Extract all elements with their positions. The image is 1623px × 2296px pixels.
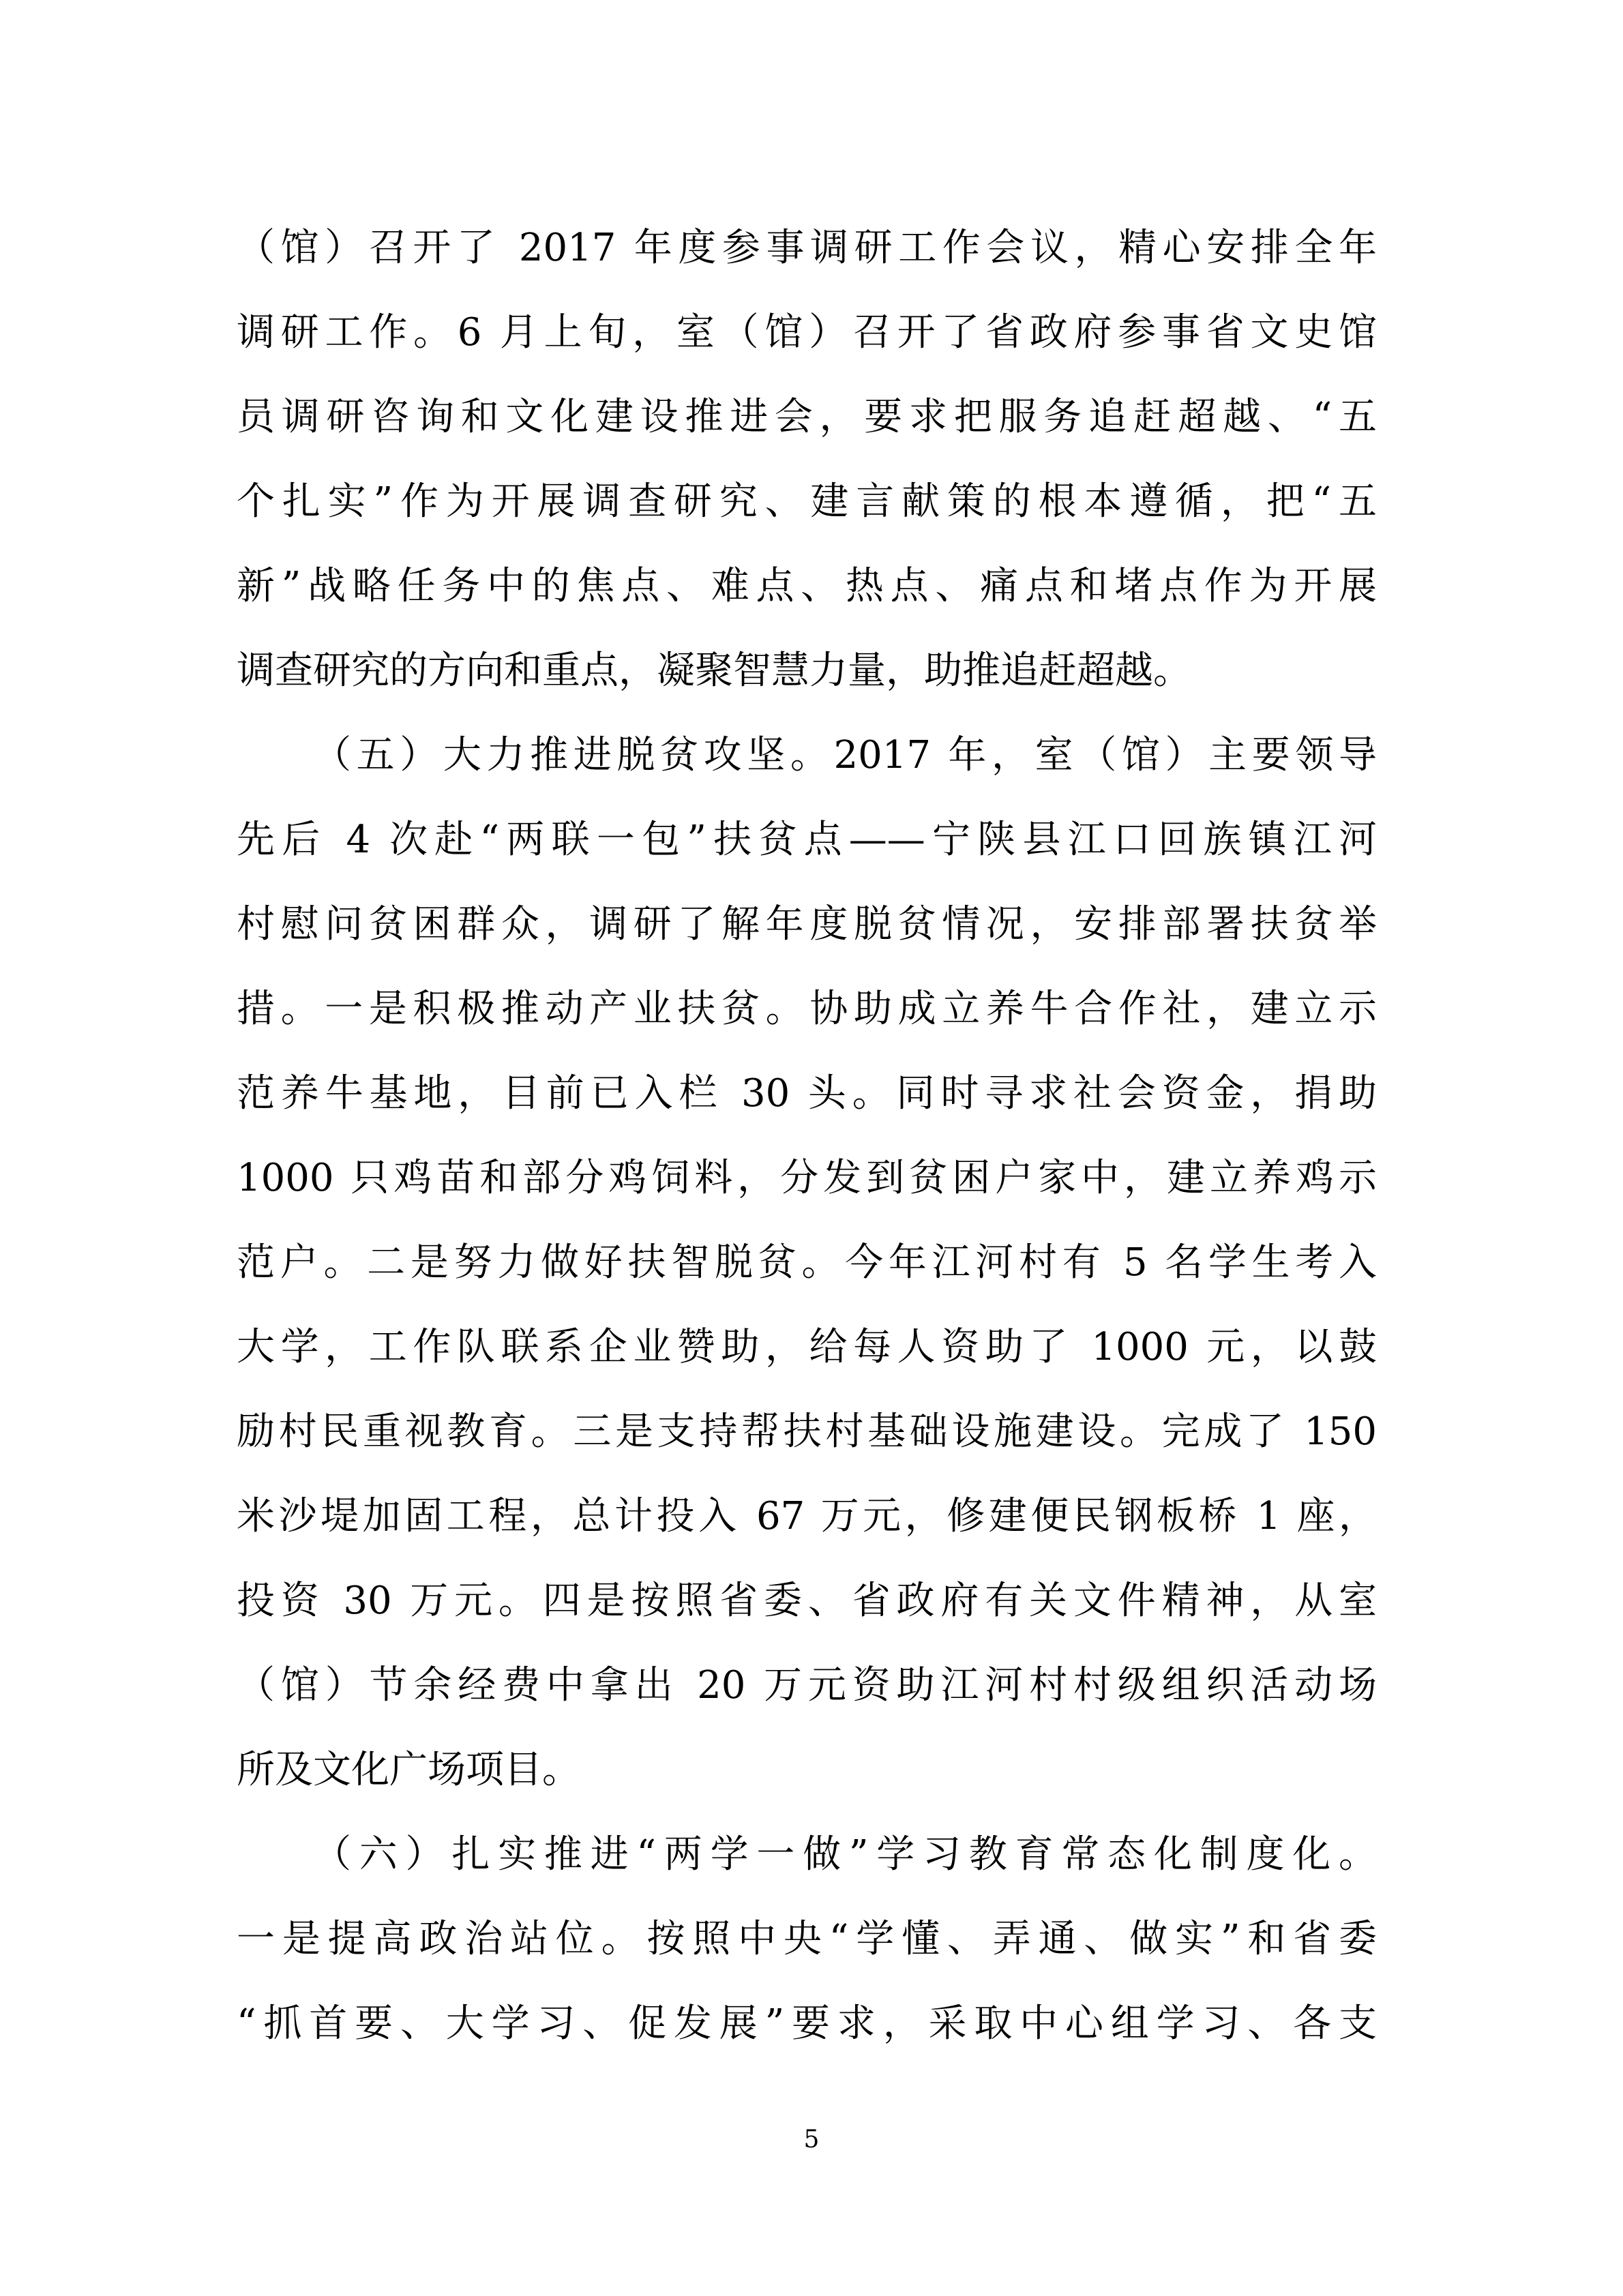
text-line: 调研工作。6 月上旬，室（馆）召开了省政府参事省文史馆 — [237, 290, 1377, 375]
text-line: 先后 4 次赴“两联一包”扶贫点——宁陕县江口回族镇江河 — [237, 798, 1377, 882]
document-page: （馆）召开了 2017 年度参事调研工作会议，精心安排全年调研工作。6 月上旬，… — [0, 0, 1623, 2296]
page-number: 5 — [0, 2125, 1623, 2155]
text-line: （六）扎实推进“两学一做”学习教育常态化制度化。 — [237, 1813, 1377, 1897]
text-line: 所及文化广场项目。 — [237, 1728, 1377, 1813]
text-line: （馆）节余经费中拿出 20 万元资助江河村村级组织活动场 — [237, 1643, 1377, 1728]
text-line: 员调研咨询和文化建设推进会，要求把服务追赶超越、“五 — [237, 375, 1377, 460]
text-line: （五）大力推进脱贫攻坚。2017 年，室（馆）主要领导 — [237, 713, 1377, 798]
text-line: 范养牛基地，目前已入栏 30 头。同时寻求社会资金，捐助 — [237, 1052, 1377, 1136]
text-line: 投资 30 万元。四是按照省委、省政府有关文件精神，从室 — [237, 1559, 1377, 1643]
text-line: （馆）召开了 2017 年度参事调研工作会议，精心安排全年 — [237, 206, 1377, 290]
text-line: “抓首要、大学习、促发展”要求，采取中心组学习、各支 — [237, 1982, 1377, 2066]
text-line: 措。一是积极推动产业扶贫。协助成立养牛合作社，建立示 — [237, 967, 1377, 1052]
text-line: 村慰问贫困群众，调研了解年度脱贫情况，安排部署扶贫举 — [237, 882, 1377, 967]
text-line: 1000 只鸡苗和部分鸡饲料，分发到贫困户家中，建立养鸡示 — [237, 1136, 1377, 1221]
document-body: （馆）召开了 2017 年度参事调研工作会议，精心安排全年调研工作。6 月上旬，… — [237, 206, 1377, 2066]
text-line: 一是提高政治站位。按照中央“学懂、弄通、做实”和省委 — [237, 1897, 1377, 1982]
text-line: 大学，工作队联系企业赞助，给每人资助了 1000 元，以鼓 — [237, 1305, 1377, 1390]
text-line: 新”战略任务中的焦点、难点、热点、痛点和堵点作为开展 — [237, 544, 1377, 629]
text-line: 米沙堤加固工程，总计投入 67 万元，修建便民钢板桥 1 座， — [237, 1474, 1377, 1559]
text-line: 范户。二是努力做好扶智脱贫。今年江河村有 5 名学生考入 — [237, 1221, 1377, 1305]
text-line: 个扎实”作为开展调查研究、建言献策的根本遵循，把“五 — [237, 460, 1377, 544]
text-line: 调查研究的方向和重点，凝聚智慧力量，助推追赶超越。 — [237, 629, 1377, 713]
text-line: 励村民重视教育。三是支持帮扶村基础设施建设。完成了 150 — [237, 1390, 1377, 1474]
